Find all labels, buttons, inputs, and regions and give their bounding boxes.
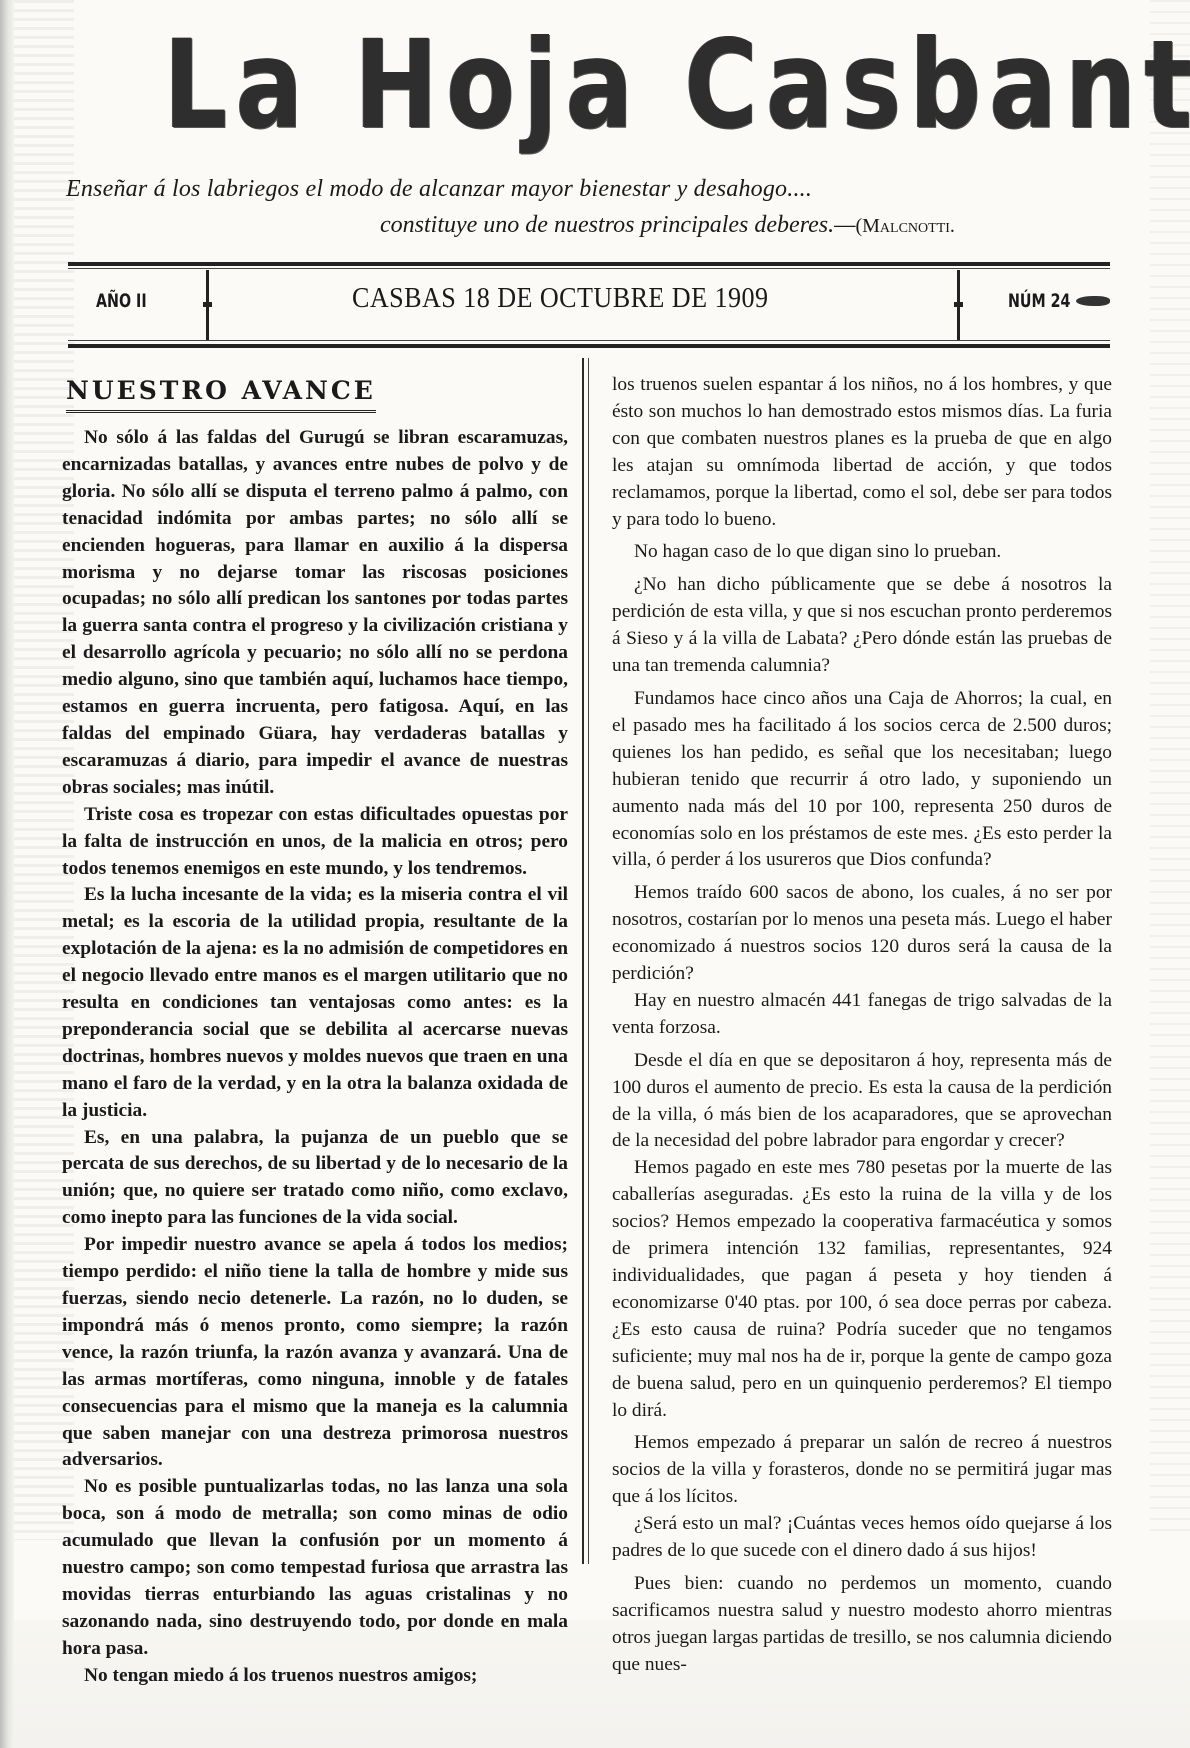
year-label: AÑO II — [96, 290, 147, 312]
newspaper-title: La Hoja Casbantina — [164, 10, 1017, 160]
dateline-rule-top — [68, 262, 1110, 266]
dateline-rule-bottom-thin — [68, 340, 1110, 341]
place-date: CASBAS 18 DE OCTUBRE DE 1909 — [352, 282, 768, 315]
column-divider — [582, 358, 584, 1564]
pointing-hand-icon — [1076, 296, 1110, 306]
paragraph: Hemos pagado en este mes 780 pesetas por… — [612, 1155, 1112, 1424]
paragraph: ¿No han dicho públicamente que se debe á… — [612, 572, 1112, 680]
scan-left-edge — [0, 0, 14, 1748]
masthead-title-block: La Hoja Casbantina — [70, 10, 1110, 160]
motto-author: (Malcnotti. — [855, 215, 954, 237]
dateline-rule-bottom — [68, 344, 1110, 348]
paragraph: No sólo á las faldas del Gurugú se libra… — [62, 425, 568, 802]
scan-noise-right — [1150, 0, 1190, 1540]
paragraph: Es, en una palabra, la pujanza de un pue… — [62, 1125, 568, 1233]
paragraph: No hagan caso de lo que digan sino lo pr… — [612, 539, 1112, 566]
paragraph: No es posible puntualizarlas todas, no l… — [62, 1474, 568, 1662]
paragraph: No tengan miedo á los truenos nuestros a… — [62, 1663, 568, 1690]
motto-line-2-text: constituye uno de nuestros principales d… — [380, 212, 855, 238]
paragraph: Hemos traído 600 sacos de abono, los cua… — [612, 880, 1112, 988]
paragraph: Hemos empezado á preparar un salón de re… — [612, 1430, 1112, 1511]
paragraph: ¿Será esto un mal? ¡Cuántas veces hemos … — [612, 1511, 1112, 1565]
paragraph: Pues bien: cuando no perdemos un momento… — [612, 1571, 1112, 1679]
headline-wrap: NUESTRO AVANCE — [62, 376, 568, 413]
paragraph: Fundamos hace cinco años una Caja de Aho… — [612, 686, 1112, 874]
issue-number: NÚM 24 — [1008, 290, 1070, 312]
motto-line-1: Enseñar á los labriegos el modo de alcan… — [66, 176, 812, 203]
dateline-bracket-right — [957, 270, 966, 340]
paragraph: Por impedir nuestro avance se apela á to… — [62, 1232, 568, 1474]
paragraph: Triste cosa es tropezar con estas dificu… — [62, 802, 568, 883]
motto-line-2: constituye uno de nuestros principales d… — [380, 212, 955, 239]
paragraph: Es la lucha incesante de la vida; es la … — [62, 882, 568, 1124]
article-column-right: los truenos suelen espantar á los niños,… — [612, 372, 1112, 1679]
dateline-bracket-left — [206, 270, 215, 340]
paragraph: Desde el día en que se depositaron á hoy… — [612, 1048, 1112, 1156]
column-divider-thin — [588, 358, 589, 1564]
article-column-left: NUESTRO AVANCE No sólo á las faldas del … — [62, 376, 568, 1690]
paragraph: los truenos suelen espantar á los niños,… — [612, 372, 1112, 533]
article-headline: NUESTRO AVANCE — [66, 376, 376, 413]
dateline-rule-top-thin — [68, 268, 1110, 269]
paragraph: Hay en nuestro almacén 441 fanegas de tr… — [612, 988, 1112, 1042]
